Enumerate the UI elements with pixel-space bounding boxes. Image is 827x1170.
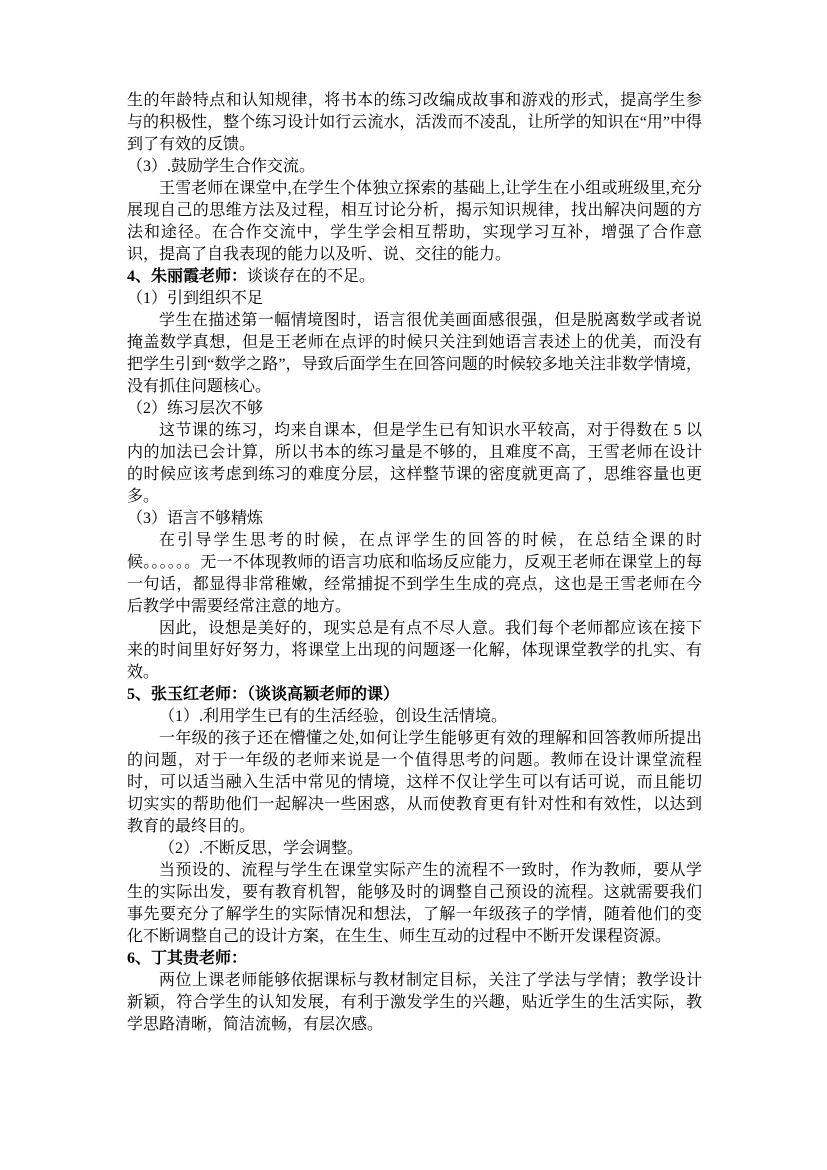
text-run: 在引导学生思考的时候，在点评学生的回答的时候，在总结全课的时候。。。。。。无一不… <box>127 532 702 615</box>
bold-text-run: 5、张玉红老师：（谈谈高颖老师的课） <box>127 686 399 703</box>
body-paragraph: 生的年龄特点和认知规律，将书本的练习改编成故事和游戏的形式，提高学生参与的积极性… <box>127 90 702 156</box>
heading-paragraph: 6、丁其贵老师： <box>127 948 702 970</box>
heading-paragraph: 4、朱丽霞老师：谈谈存在的不足。 <box>127 266 702 288</box>
text-run: 因此，设想是美好的，现实总是有点不尽人意。我们每个老师都应该在接下来的时间里好好… <box>127 620 702 681</box>
text-run: 两位上课老师能够依据课标与教材制定目标，关注了学法与学情；教学设计新颖，符合学生… <box>127 972 702 1033</box>
bold-text-run: 6、丁其贵老师： <box>127 950 247 967</box>
text-run: （2）.不断反思，学会调整。 <box>159 840 363 857</box>
document-body: 生的年龄特点和认知规律，将书本的练习改编成故事和游戏的形式，提高学生参与的积极性… <box>127 90 702 1036</box>
body-paragraph: （3）语言不够精炼 <box>127 508 702 530</box>
body-paragraph: 在引导学生思考的时候，在点评学生的回答的时候，在总结全课的时候。。。。。。无一不… <box>127 530 702 618</box>
body-paragraph: 学生在描述第一幅情境图时，语言很优美画面感很强，但是脱离数学或者说掩盖数学真想，… <box>127 310 702 398</box>
text-run: 王雪老师在课堂中,在学生个体独立探索的基础上,让学生在小组或班级里,充分展现自己… <box>127 180 702 263</box>
text-run: 学生在描述第一幅情境图时，语言很优美画面感很强，但是脱离数学或者说掩盖数学真想，… <box>127 312 702 395</box>
body-paragraph: （1）.利用学生已有的生活经验，创设生活情境。 <box>127 706 702 728</box>
body-paragraph: 当预设的、流程与学生在课堂实际产生的流程不一致时，作为教师，要从学生的实际出发，… <box>127 860 702 948</box>
body-paragraph: （2）.不断反思，学会调整。 <box>127 838 702 860</box>
body-paragraph: 两位上课老师能够依据课标与教材制定目标，关注了学法与学情；教学设计新颖，符合学生… <box>127 970 702 1036</box>
text-run: 一年级的孩子还在懵懂之处,如何让学生能够更有效的理解和回答教师所提出的问题，对于… <box>127 730 702 835</box>
heading-paragraph: 5、张玉红老师：（谈谈高颖老师的课） <box>127 684 702 706</box>
body-paragraph: 一年级的孩子还在懵懂之处,如何让学生能够更有效的理解和回答教师所提出的问题，对于… <box>127 728 702 838</box>
text-run: （2）练习层次不够 <box>127 400 263 417</box>
body-paragraph: （2）练习层次不够 <box>127 398 702 420</box>
body-paragraph: 这节课的练习，均来自课本，但是学生已有知识水平较高，对于得数在 5 以内的加法已… <box>127 420 702 508</box>
body-paragraph: （1）引到组织不足 <box>127 288 702 310</box>
text-run: 当预设的、流程与学生在课堂实际产生的流程不一致时，作为教师，要从学生的实际出发，… <box>127 862 702 945</box>
document-page: 生的年龄特点和认知规律，将书本的练习改编成故事和游戏的形式，提高学生参与的积极性… <box>0 0 827 1170</box>
text-run: 这节课的练习，均来自课本，但是学生已有知识水平较高，对于得数在 5 以内的加法已… <box>127 422 702 505</box>
text-run: （3）语言不够精炼 <box>127 510 263 527</box>
text-run: （1）.利用学生已有的生活经验，创设生活情境。 <box>159 708 507 725</box>
body-paragraph: （3）.鼓励学生合作交流。 <box>127 156 702 178</box>
text-run: 谈谈存在的不足。 <box>247 268 375 285</box>
text-run: （3）.鼓励学生合作交流。 <box>127 158 315 175</box>
body-paragraph: 因此，设想是美好的，现实总是有点不尽人意。我们每个老师都应该在接下来的时间里好好… <box>127 618 702 684</box>
text-run: 生的年龄特点和认知规律，将书本的练习改编成故事和游戏的形式，提高学生参与的积极性… <box>127 92 702 153</box>
text-run: （1）引到组织不足 <box>127 290 263 307</box>
bold-text-run: 4、朱丽霞老师： <box>127 268 247 285</box>
body-paragraph: 王雪老师在课堂中,在学生个体独立探索的基础上,让学生在小组或班级里,充分展现自己… <box>127 178 702 266</box>
